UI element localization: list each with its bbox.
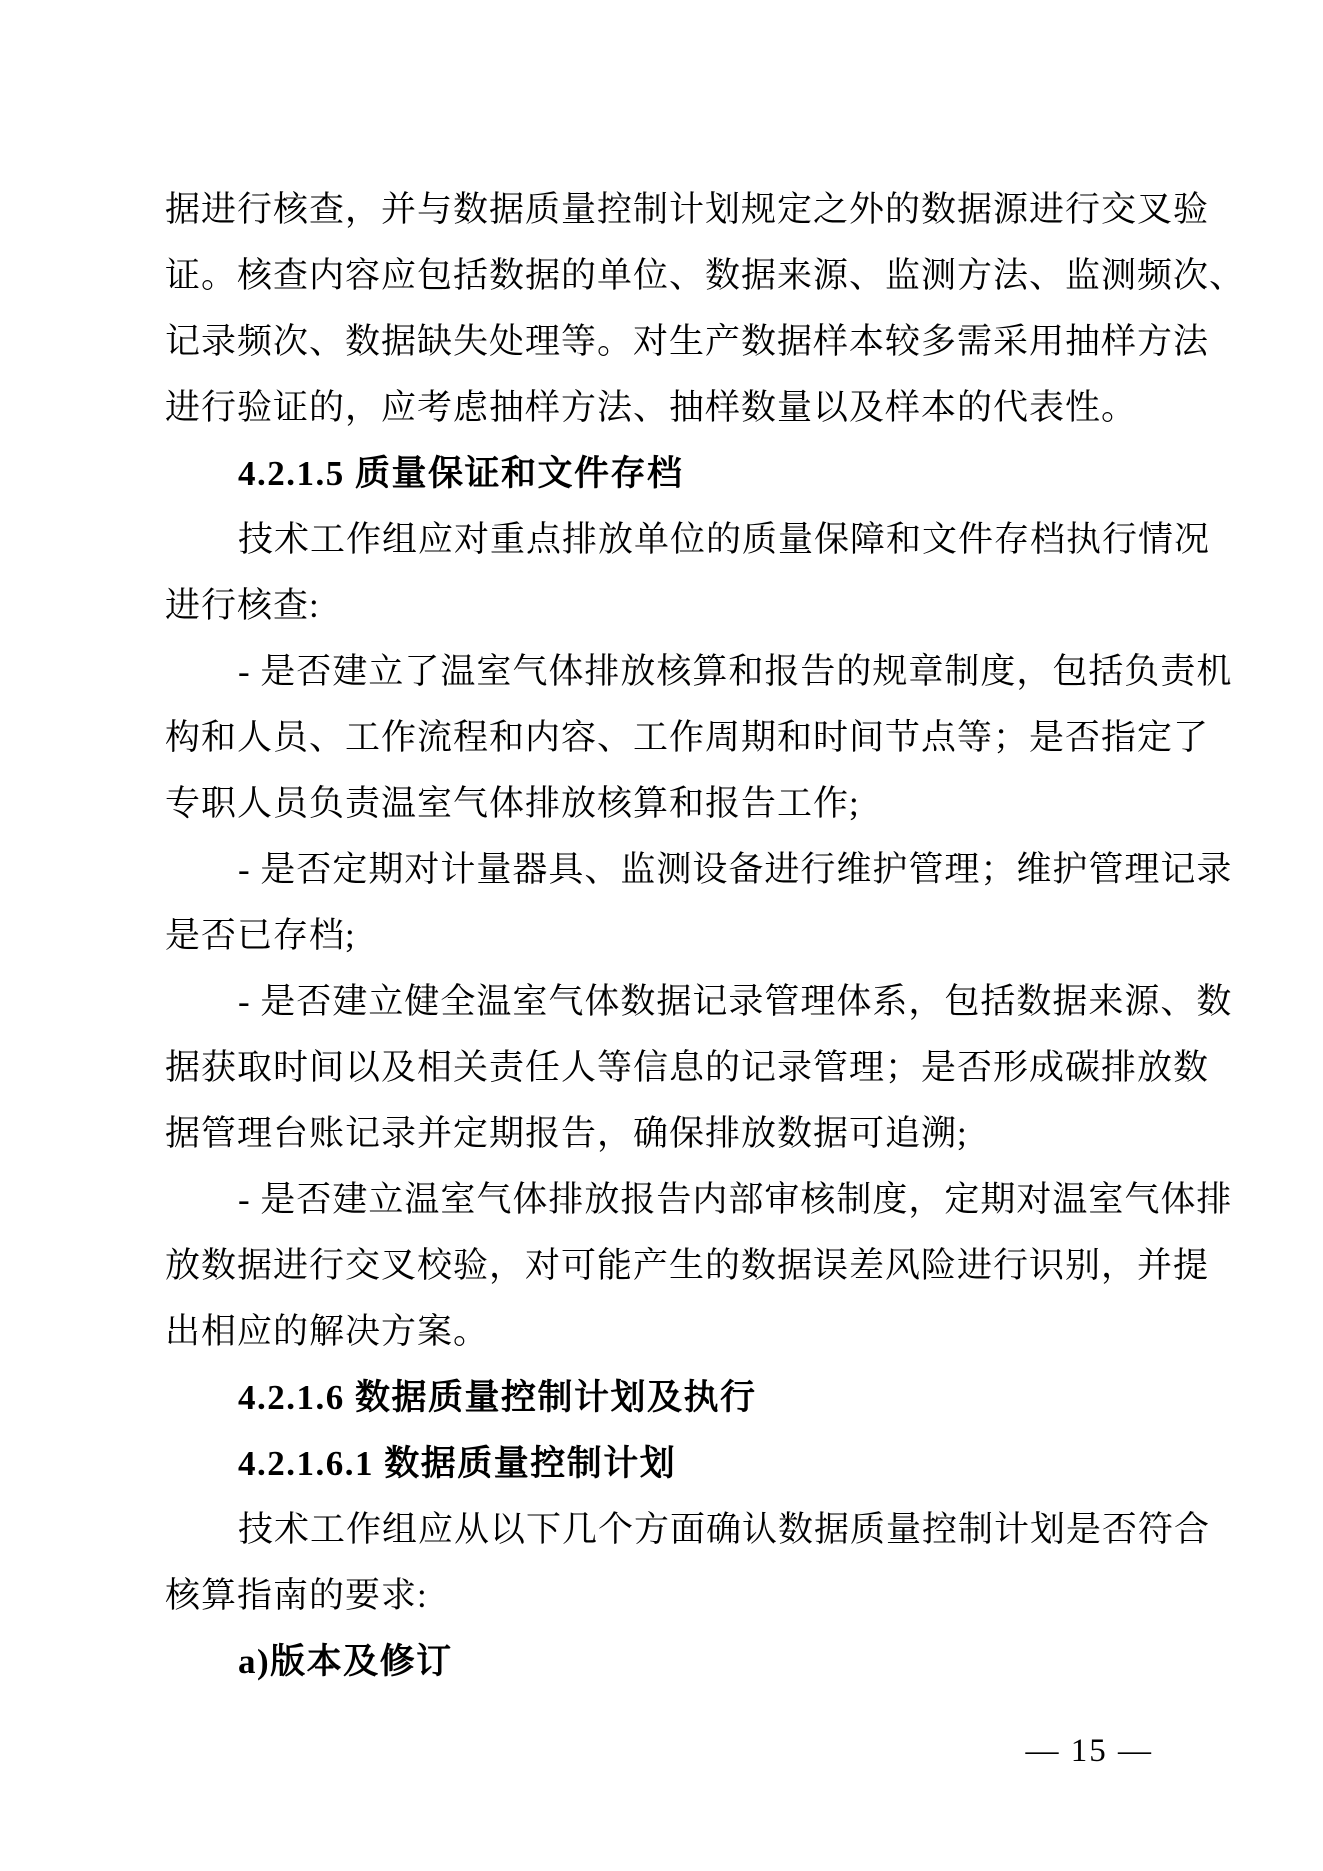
- text-line: 记录频次、数据缺失处理等。对生产数据样本较多需采用抽样方法: [165, 309, 1180, 375]
- text-line: 构和人员、工作流程和内容、工作周期和时间节点等；是否指定了: [165, 705, 1180, 771]
- document-page: 据进行核查，并与数据质量控制计划规定之外的数据源进行交叉验证。核查内容应包括数据…: [0, 0, 1323, 1871]
- text-line: 证。核查内容应包括数据的单位、数据来源、监测方法、监测频次、: [165, 243, 1180, 309]
- text-line: 核算指南的要求:: [165, 1563, 1180, 1629]
- text-line: 是否已存档;: [165, 903, 1180, 969]
- text-line: 进行核查:: [165, 573, 1180, 639]
- text-line: 据进行核查，并与数据质量控制计划规定之外的数据源进行交叉验: [165, 177, 1180, 243]
- text-line: - 是否建立温室气体排放报告内部审核制度，定期对温室气体排: [165, 1167, 1180, 1233]
- text-line: 进行验证的，应考虑抽样方法、抽样数量以及样本的代表性。: [165, 375, 1180, 441]
- section-heading: a)版本及修订: [165, 1629, 1180, 1695]
- text-line: 据管理台账记录并定期报告，确保排放数据可追溯;: [165, 1101, 1180, 1167]
- text-line: 专职人员负责温室气体排放核算和报告工作;: [165, 771, 1180, 837]
- text-line: 出相应的解决方案。: [165, 1299, 1180, 1365]
- text-line: - 是否建立健全温室气体数据记录管理体系，包括数据来源、数: [165, 969, 1180, 1035]
- document-body: 据进行核查，并与数据质量控制计划规定之外的数据源进行交叉验证。核查内容应包括数据…: [165, 177, 1180, 1695]
- section-heading: 4.2.1.6 数据质量控制计划及执行: [165, 1365, 1180, 1431]
- text-line: - 是否建立了温室气体排放核算和报告的规章制度，包括负责机: [165, 639, 1180, 705]
- text-line: 放数据进行交叉校验，对可能产生的数据误差风险进行识别，并提: [165, 1233, 1180, 1299]
- page-number: — 15 —: [1026, 1729, 1154, 1773]
- text-line: - 是否定期对计量器具、监测设备进行维护管理；维护管理记录: [165, 837, 1180, 903]
- text-line: 据获取时间以及相关责任人等信息的记录管理；是否形成碳排放数: [165, 1035, 1180, 1101]
- section-heading: 4.2.1.6.1 数据质量控制计划: [165, 1431, 1180, 1497]
- text-line: 技术工作组应对重点排放单位的质量保障和文件存档执行情况: [165, 507, 1180, 573]
- text-line: 技术工作组应从以下几个方面确认数据质量控制计划是否符合: [165, 1497, 1180, 1563]
- section-heading: 4.2.1.5 质量保证和文件存档: [165, 441, 1180, 507]
